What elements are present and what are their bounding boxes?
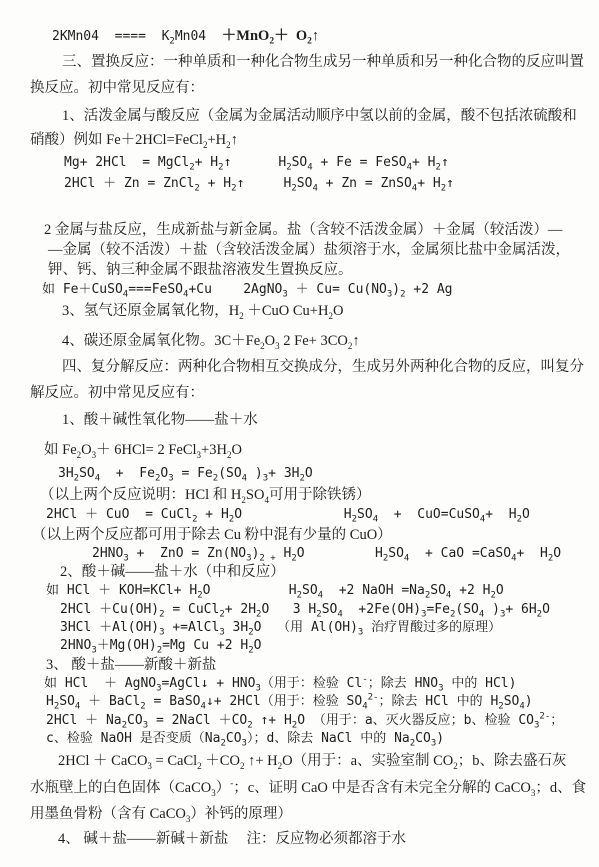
document-page: 2KMn04 ==== K2Mn04 ＋MnO2＋ O2↑三、置换反应：一种单质… [0, 0, 599, 867]
equation-hcl-koh-and-h2so4-naoh: 如 HCl ＋ KOH=KCl+ H2O H2SO4 +2 NaOH =Na2S… [46, 581, 504, 601]
equation-hcl-cuo-and-h2so4-cuo: 2HCl ＋ CuO = CuCl2 + H2O H2SO4 + CuO=CuS… [46, 505, 530, 525]
equation-hcl-caco3-line3: 用墨鱼骨粉（含有 CaCO3）补钙的原理） [30, 804, 292, 824]
item4-base-salt: 4、 碱＋盐——新碱＋新盐 注：反应物必须都溶于水 [58, 829, 406, 849]
equation-hcl-na2co3-line2: c、检验 NaOH 是否变质（Na2CO3）；d、除去 NaCl 中的 Na2C… [46, 729, 444, 749]
equation-h2so4-bacl2-test-so4: H2SO4 ＋ BaCl2 = BaSO4↓+ 2HCl（用于：检验 SO42-… [46, 692, 533, 712]
equation-hcl-cuoh2-and-h2so4-feoh3: 2HCl ＋Cu(OH)2 = CuCl2+ 2H2O 3 H2SO4 +2Fe… [60, 600, 550, 620]
equation-mg-hcl-and-h2so4-fe: Mg+ 2HCl = MgCl2+ H2↑ H2SO4 + Fe = FeSO4… [64, 153, 449, 173]
equation-hcl-caco3-line1: 2HCl ＋ CaCO3 = CaCl2 ＋CO2 ↑+ H2O（用于：a、实验… [58, 751, 567, 771]
heading-displacement-reaction-line1: 三、置换反应：一种单质和一种化合物生成另一种单质和另一种化合物的反应叫置 [62, 52, 584, 72]
heading-metathesis-reaction-line1: 四、复分解反应：两种化合物相互交换成分，生成另外两种化合物的反应，叫复分 [62, 357, 584, 377]
equation-hcl-na2co3-line1: 2HCl ＋ Na2CO3 = 2NaCl ＋CO2 ↑+ H2O （用于：a、… [46, 711, 563, 731]
item3-h2-reduce-metal-oxide: 3、氢气还原金属氧化物，H2 ＋CuO Cu+H2O [62, 301, 343, 321]
item1-acid-basic-oxide: 1、酸＋碱性氧化物——盐＋水 [62, 410, 258, 430]
item1-active-metal-acid-line1: 1、活泼金属与酸反应（金属为金属活动顺序中氢以前的金属，酸不包括浓硫酸和 [62, 106, 577, 126]
equation-hcl-aloh3-stomach-acid: 3HCl ＋Al(OH)3 +=AlCl3 3H2O （用 Al(OH)3 治疗… [60, 618, 501, 638]
equation-hcl-agno3-test-cl: 如 HCl ＋ AgNO3=AgCl↓ + HNO3（用于：检验 Cl-；除去 … [44, 674, 516, 694]
heading-displacement-reaction-line2: 换反应。初中常见反应有： [30, 78, 204, 98]
item2-metal-salt-line1: 2 金属与盐反应，生成新盐与新金属。盐（含较不活泼金属）＋金属（较活泼）— [44, 220, 562, 240]
item3-acid-salt: 3、 酸＋盐——新酸＋新盐 [46, 655, 216, 675]
heading-metathesis-reaction-line2: 解反应。初中常见反应有： [30, 383, 204, 403]
equation-h2so4-fe2o3: 3H2SO4 + Fe2O3 = Fe2(SO4 )3+ 3H2O [58, 464, 313, 484]
equation-fe2o3-hcl: 如 Fe2O3＋ 6HCl= 2 FeCl3+3H2O [44, 440, 242, 460]
item4-carbon-reduce-metal-oxide: 4、碳还原金属氧化物。3C＋Fe2O3 2 Fe+ 3CO2↑ [62, 331, 360, 351]
item2-metal-salt-line2: —金属（较不活泼）＋盐（含较活泼金属）盐须溶于水，金属须比盐中金属活泼， [48, 240, 570, 260]
item1-active-metal-acid-line2: 硝酸）例如 Fe＋2HCl=FeCl2+H2↑ [30, 130, 238, 150]
note-rust-removal: （以上两个反应说明：HCl 和 H2SO4可用于除铁锈） [40, 485, 370, 505]
equation-fe-cuso4-and-agno3-cu: 如 Fe＋CuSO4===FeSO4+Cu 2AgNO3 ＋ Cu= Cu(NO… [42, 280, 453, 300]
equation-hno3-zno-and-h2so4-cao: 2HNO3 + ZnO = Zn(NO3)2 + H2O H2SO4 + CaO… [92, 544, 561, 564]
equation-hno3-mgoh2: 2HNO3＋Mg(OH)2=Mg Cu +2 H2O [60, 636, 261, 656]
item2-metal-salt-line3: 钾、钙、钠三种金属不跟盐溶液发生置换反应。 [48, 260, 353, 280]
equation-hcl-zn-and-h2so4-zn: 2HCl ＋ Zn = ZnCl2 + H2↑ H2SO4 + Zn = ZnS… [64, 174, 454, 194]
note-remove-cuo-from-cu: （以上两个反应都可用于除去 Cu 粉中混有少量的 CuO） [32, 525, 392, 545]
equation-kmno4-decomposition: 2KMn04 ==== K2Mn04 ＋MnO2＋ O2↑ [52, 26, 319, 47]
item2-acid-base-neutralization: 2、酸＋碱——盐＋水（中和反应） [60, 562, 285, 582]
equation-hcl-caco3-line2: 水瓶壁上的白色固体（CaCO3）-；c、证明 CaO 中是否含有未完全分解的 C… [30, 778, 586, 798]
